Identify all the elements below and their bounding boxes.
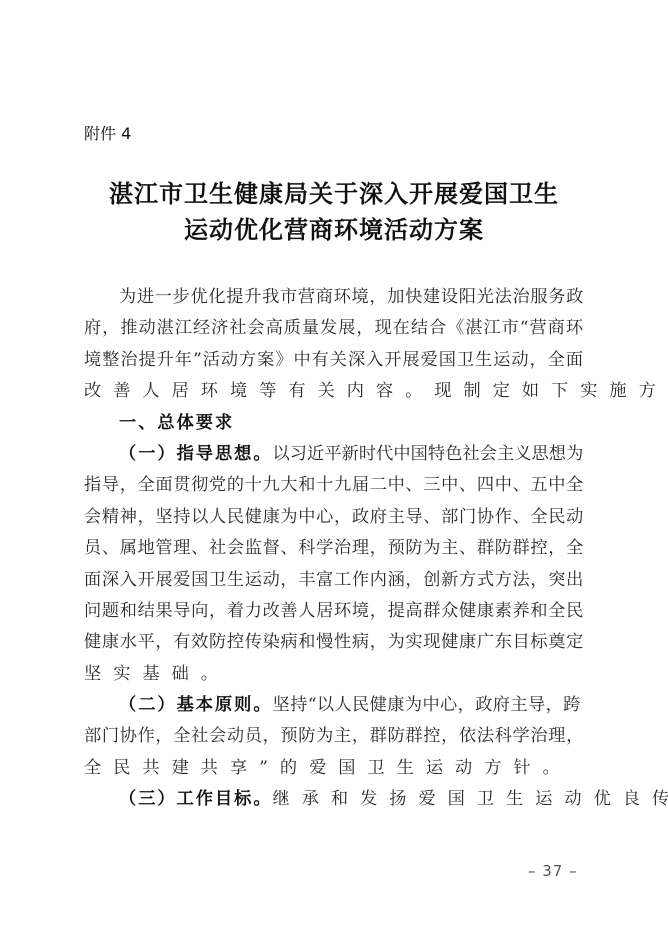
- document-body: 为进一步优化提升我市营商环境，加快建设阳光法治服务政 府，推动湛江经济社会高质量…: [84, 282, 584, 816]
- paragraph-line: 员、属地管理、社会监督、科学治理，预防为主、群防群控，全: [84, 533, 584, 564]
- subsection-lead: （二）基本原则。: [119, 695, 273, 715]
- paragraph-line: 部门协作，全社会动员，预防为主，群防群控，依法科学治理，: [84, 721, 584, 752]
- paragraph-line: 坚实基础。: [84, 659, 584, 690]
- intro-line: 为进一步优化提升我市营商环境，加快建设阳光法治服务政: [84, 282, 584, 313]
- paragraph-line: 面深入开展爱国卫生运动，丰富工作内涵，创新方式方法，突出: [84, 565, 584, 596]
- paragraph-line: 全民共建共享”的爱国卫生运动方针。: [84, 753, 584, 784]
- title-line-1: 湛江市卫生健康局关于深入开展爱国卫生: [84, 176, 584, 212]
- paragraph-line: 问题和结果导向，着力改善人居环境，提高群众健康素养和全民: [84, 596, 584, 627]
- paragraph-line: 指导，全面贯彻党的十九大和十九届二中、三中、四中、五中全: [84, 470, 584, 501]
- subsection-first-line: （三）工作目标。继承和发扬爱国卫生运动优良传统，推进: [84, 784, 584, 815]
- paragraph-line: 健康水平，有效防控传染病和慢性病，为实现健康广东目标奠定: [84, 627, 584, 658]
- title-line-2: 运动优化营商环境活动方案: [84, 212, 584, 248]
- document-title: 湛江市卫生健康局关于深入开展爱国卫生 运动优化营商环境活动方案: [84, 176, 584, 248]
- subsection-text: 以习近平新时代中国特色社会主义思想为: [273, 444, 584, 464]
- intro-line: 改善人居环境等有关内容。现制定如下实施方案。: [84, 376, 584, 407]
- subsection-text: 坚持“以人民健康为中心，政府主导，跨: [273, 695, 581, 715]
- intro-line: 境整治提升年”活动方案》中有关深入开展爱国卫生运动，全面: [84, 345, 584, 376]
- subsection-lead: （三）工作目标。: [119, 789, 273, 809]
- page-number: – 37 –: [528, 862, 578, 880]
- subsection-lead: （一）指导思想。: [119, 444, 273, 464]
- paragraph-line: 会精神，坚持以人民健康为中心，政府主导、部门协作、全民动: [84, 502, 584, 533]
- intro-line: 府，推动湛江经济社会高质量发展，现在结合《湛江市“营商环: [84, 313, 584, 344]
- attachment-label: 附件 4: [84, 121, 131, 144]
- subsection-first-line: （一）指导思想。以习近平新时代中国特色社会主义思想为: [84, 439, 584, 470]
- section-heading: 一、总体要求: [84, 408, 584, 439]
- subsection-text: 继承和发扬爱国卫生运动优良传统，推进: [273, 789, 668, 809]
- subsection-first-line: （二）基本原则。坚持“以人民健康为中心，政府主导，跨: [84, 690, 584, 721]
